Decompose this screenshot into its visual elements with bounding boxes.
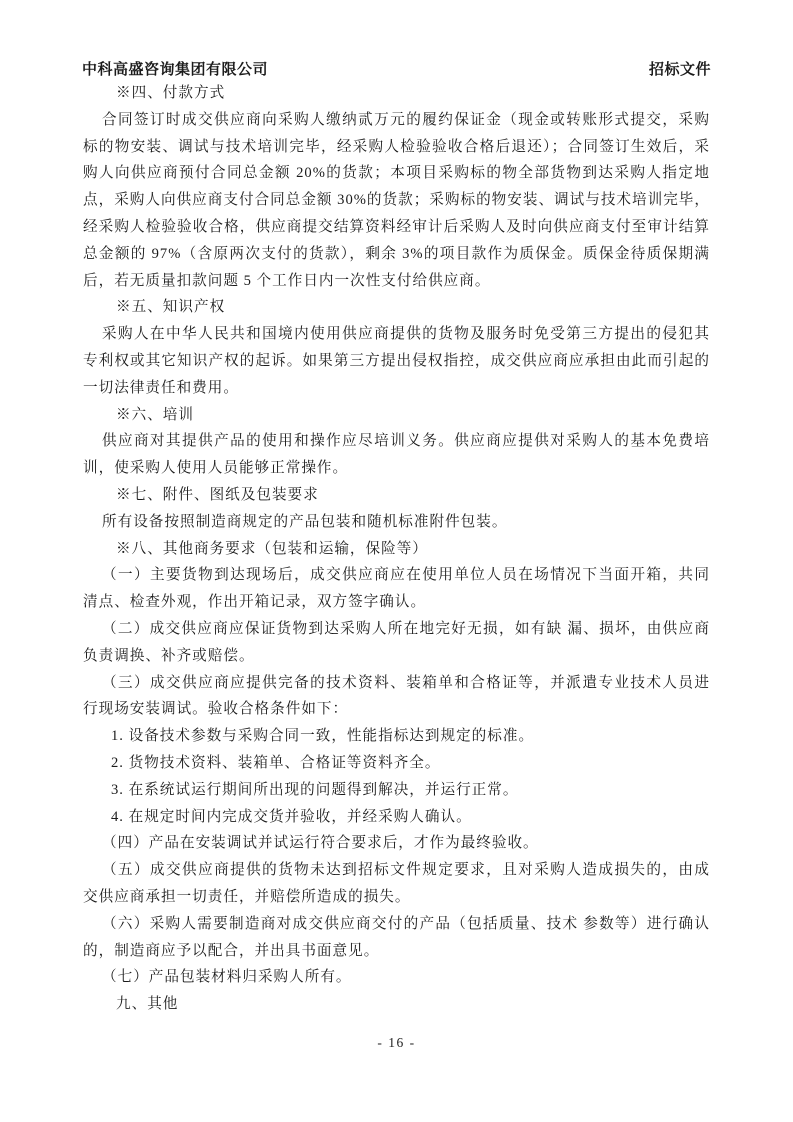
section-heading: ※五、知识产权 <box>83 294 710 321</box>
list-item: 1. 设备技术参数与采购合同一致，性能指标达到规定的标准。 <box>111 723 710 750</box>
page-header: 中科高盛咨询集团有限公司 招标文件 <box>82 58 711 79</box>
paragraph: （五）成交供应商提供的货物未达到招标文件规定要求，且对采购人造成损失的，由成交供… <box>83 857 710 911</box>
paragraph: 供应商对其提供产品的使用和操作应尽培训义务。供应商应提供对采购人的基本免费培训，… <box>83 428 710 482</box>
document-type-label: 招标文件 <box>649 58 711 79</box>
document-body: ※四、付款方式合同签订时成交供应商向采购人缴纳贰万元的履约保证金（现金或转账形式… <box>83 80 710 1018</box>
paragraph: （一）主要货物到达现场后，成交供应商应在使用单位人员在场情况下当面开箱，共同清点… <box>83 562 710 616</box>
list-item: 3. 在系统试运行期间所出现的问题得到解决，并运行正常。 <box>111 777 710 804</box>
page-number: - 16 - <box>377 1035 415 1050</box>
section-heading: ※八、其他商务要求（包装和运输，保险等） <box>83 536 710 563</box>
section-heading: ※六、培训 <box>83 402 710 429</box>
document-page: 中科高盛咨询集团有限公司 招标文件 ※四、付款方式合同签订时成交供应商向采购人缴… <box>0 0 793 1122</box>
paragraph: 合同签订时成交供应商向采购人缴纳贰万元的履约保证金（现金或转账形式提交，采购标的… <box>83 107 710 295</box>
paragraph: （三）成交供应商应提供完备的技术资料、装箱单和合格证等，并派遣专业技术人员进行现… <box>83 670 710 724</box>
section-heading: 九、其他 <box>83 991 710 1018</box>
paragraph: （四）产品在安装调试并试运行符合要求后，才作为最终验收。 <box>83 830 710 857</box>
paragraph: 所有设备按照制造商规定的产品包装和随机标准附件包装。 <box>83 509 710 536</box>
paragraph: （七）产品包装材料归采购人所有。 <box>83 964 710 991</box>
company-name: 中科高盛咨询集团有限公司 <box>82 58 268 79</box>
paragraph: 采购人在中华人民共和国境内使用供应商提供的货物及服务时免受第三方提出的侵犯其专利… <box>83 321 710 401</box>
section-heading: ※四、付款方式 <box>83 80 710 107</box>
paragraph: （二）成交供应商应保证货物到达采购人所在地完好无损，如有缺 漏、损坏，由供应商负… <box>83 616 710 670</box>
list-item: 2. 货物技术资料、装箱单、合格证等资料齐全。 <box>111 750 710 777</box>
list-item: 4. 在规定时间内完成交货并验收，并经采购人确认。 <box>111 804 710 831</box>
paragraph: （六）采购人需要制造商对成交供应商交付的产品（包括质量、技术 参数等）进行确认的… <box>83 911 710 965</box>
page-footer: - 16 - <box>0 1035 793 1051</box>
section-heading: ※七、附件、图纸及包装要求 <box>83 482 710 509</box>
